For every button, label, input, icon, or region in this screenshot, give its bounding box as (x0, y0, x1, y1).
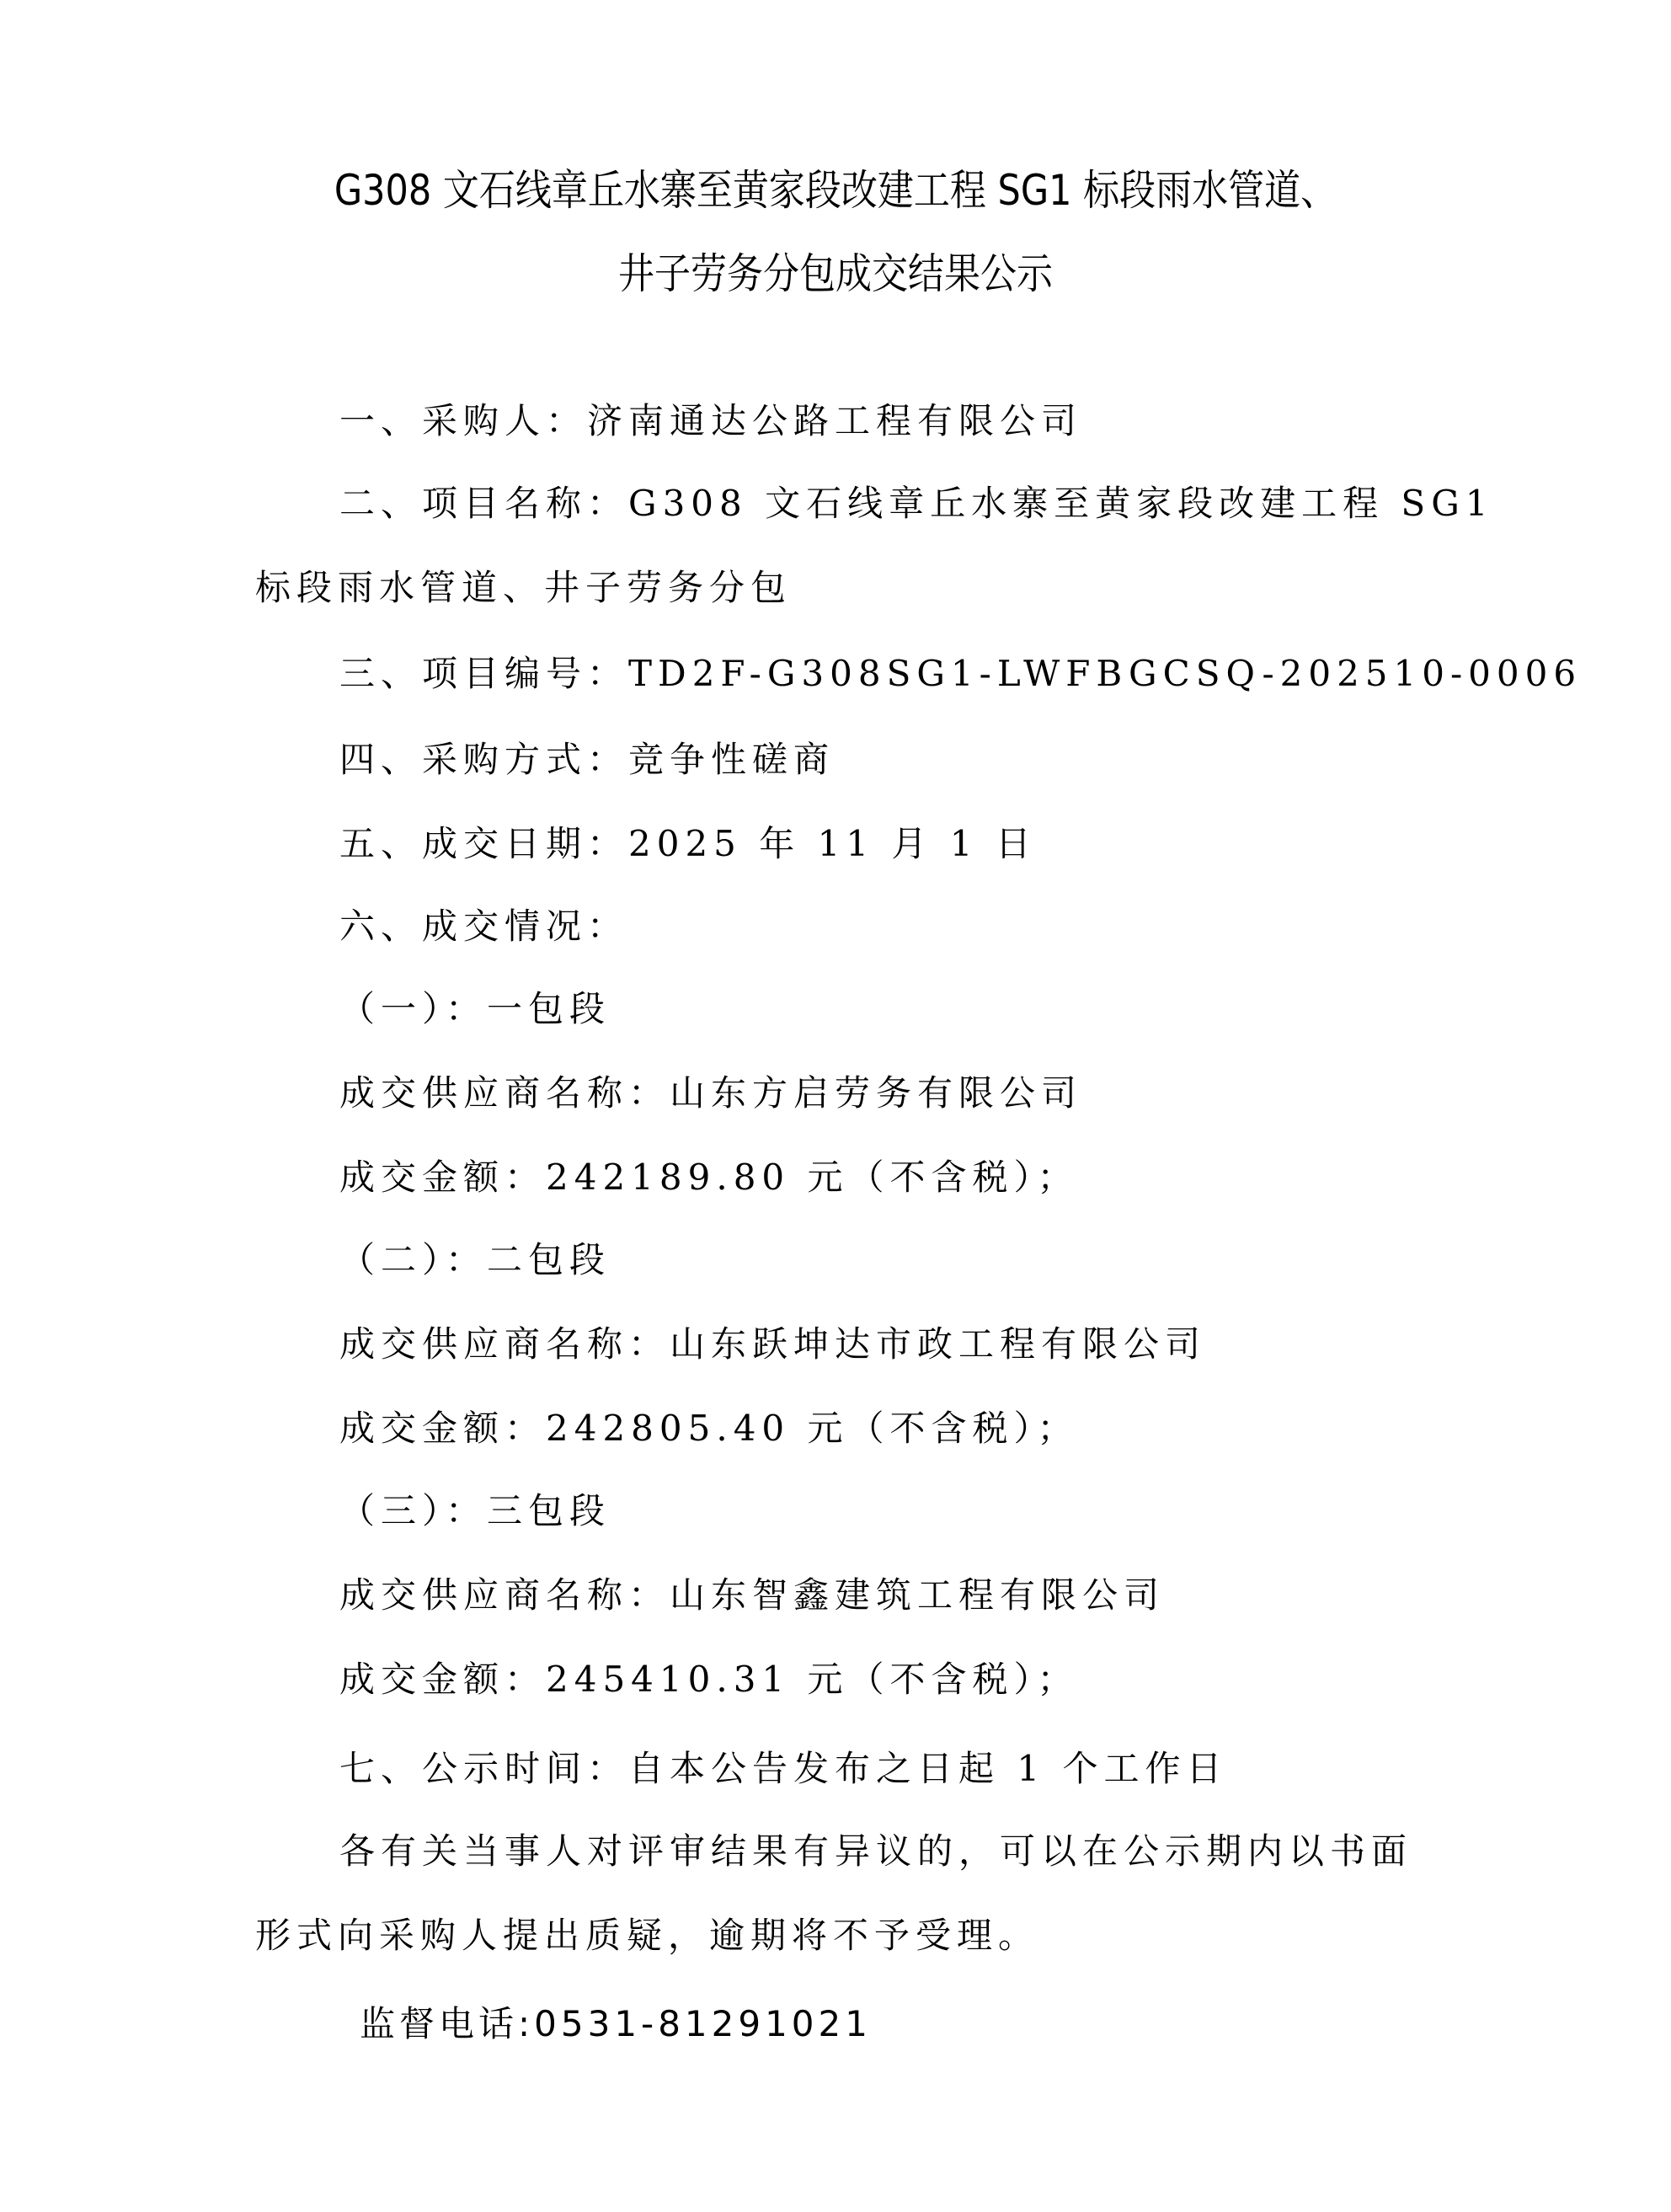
lot-1-amount-value: 242189.80 元（不含税）； (546, 1157, 1078, 1198)
lot-2-supplier: 成交供应商名称：山东跃坤达市政工程有限公司 (339, 1323, 1206, 1365)
lot-3-amount: 成交金额：245410.31 元（不含税）； (339, 1659, 1079, 1701)
publicity-period-line: 七、公示时间：自本公告发布之日起 1 个工作日 (339, 1748, 1227, 1790)
procurement-method-label: 四、采购方式： (339, 739, 628, 780)
lot-2-supplier-value: 山东跃坤达市政工程有限公司 (670, 1323, 1206, 1365)
deal-date-label: 五、成交日期： (339, 823, 628, 864)
lot-3-supplier: 成交供应商名称：山东智鑫建筑工程有限公司 (339, 1574, 1165, 1616)
project-name-line: 二、项目名称：G308 文石线章丘水寨至黄家段改建工程 SG1 (339, 483, 1493, 525)
lot-2-supplier-label: 成交供应商名称： (339, 1323, 670, 1365)
procurement-method-line: 四、采购方式：竞争性磋商 (339, 739, 835, 781)
lot-2-amount: 成交金额：242805.40 元（不含税）； (339, 1408, 1079, 1450)
project-name-value: G308 文石线章丘水寨至黄家段改建工程 SG1 (628, 483, 1493, 524)
project-number-value: TD2F-G308SG1-LWFBGCSQ-202510-0006 (628, 653, 1582, 694)
lot-1-supplier-value: 山东方启劳务有限公司 (670, 1072, 1082, 1114)
project-number-label: 三、项目编号： (339, 653, 628, 694)
purchaser-value: 济南通达公路工程有限公司 (587, 400, 1082, 441)
supervision-phone-label: 监督电话: (360, 2003, 534, 2044)
document-title-line-2: 井子劳务分包成交结果公示 (117, 248, 1554, 299)
document-page: G308 文石线章丘水寨至黄家段改建工程 SG1 标段雨水管道、 井子劳务分包成… (0, 0, 1671, 2212)
lot-1-supplier-label: 成交供应商名称： (339, 1072, 670, 1114)
lot-3-heading: （三）：三包段 (339, 1490, 611, 1532)
lot-2-amount-value: 242805.40 元（不含税）； (546, 1408, 1078, 1449)
objection-notice-line-2: 形式向采购人提出质疑，逾期将不予受理。 (255, 1915, 1039, 1957)
project-name-label: 二、项目名称： (339, 483, 628, 524)
purchaser-label: 一、采购人： (339, 400, 587, 441)
lot-3-supplier-value: 山东智鑫建筑工程有限公司 (670, 1574, 1165, 1616)
supervision-phone-value: 0531-81291021 (534, 2003, 872, 2044)
lot-2-heading: （二）：二包段 (339, 1239, 611, 1281)
project-number-line: 三、项目编号：TD2F-G308SG1-LWFBGCSQ-202510-0006 (339, 653, 1582, 695)
document-title-line-1: G308 文石线章丘水寨至黄家段改建工程 SG1 标段雨水管道、 (117, 165, 1554, 216)
publicity-period-value: 自本公告发布之日起 1 个工作日 (628, 1748, 1227, 1789)
project-name-continuation: 标段雨水管道、井子劳务分包 (255, 567, 792, 609)
objection-notice-line-1: 各有关当事人对评审结果有异议的，可以在公示期内以书面 (339, 1830, 1412, 1873)
lot-1-amount: 成交金额：242189.80 元（不含税）； (339, 1157, 1079, 1199)
procurement-method-value: 竞争性磋商 (628, 739, 835, 780)
deal-date-value: 2025 年 11 月 1 日 (628, 823, 1037, 864)
lot-1-amount-label: 成交金额： (339, 1157, 546, 1198)
lot-3-amount-value: 245410.31 元（不含税）； (546, 1659, 1078, 1700)
lot-1-heading: （一）：一包段 (339, 988, 611, 1030)
lot-3-supplier-label: 成交供应商名称： (339, 1574, 670, 1616)
deal-status-heading: 六、成交情况： (339, 906, 628, 948)
supervision-phone-line: 监督电话:0531-81291021 (360, 2003, 872, 2045)
deal-date-line: 五、成交日期：2025 年 11 月 1 日 (339, 823, 1037, 865)
lot-2-amount-label: 成交金额： (339, 1408, 546, 1449)
publicity-period-label: 七、公示时间： (339, 1748, 628, 1789)
purchaser-line: 一、采购人：济南通达公路工程有限公司 (339, 400, 1082, 442)
lot-1-supplier: 成交供应商名称：山东方启劳务有限公司 (339, 1072, 1082, 1114)
lot-3-amount-label: 成交金额： (339, 1659, 546, 1700)
